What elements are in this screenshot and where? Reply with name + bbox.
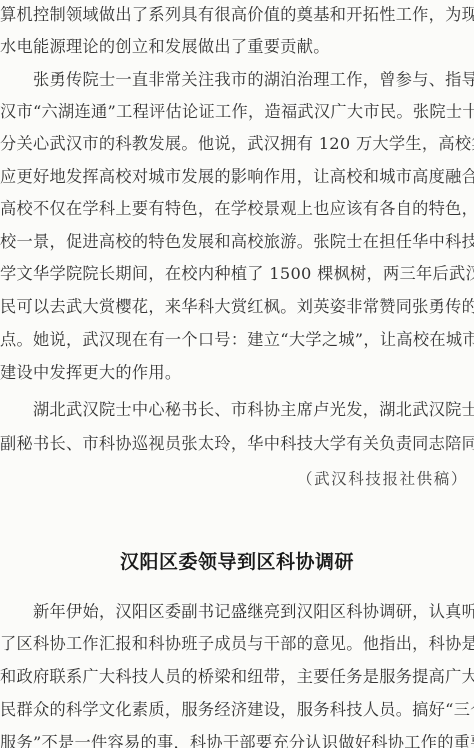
document-page: 算机控制领域做出了系列具有很高价值的奠基和开拓性工作，为现代 水电能源理论的创立… bbox=[0, 0, 474, 748]
article2-paragraph-1-start: 新年伊始，汉阳区委副书记盛继亮到汉阳区科协调研，认真听取 bbox=[0, 600, 474, 624]
article1-line-14: 副秘书长、市科协巡视员张太玲，华中科技大学有关负责同志陪同慰问。 bbox=[0, 432, 474, 456]
article2-line-2: 了区科协工作汇报和科协班子成员与干部的意见。他指出，科协是党 bbox=[0, 632, 474, 656]
article1-line-11: 点。她说，武汉现在有一个口号：建立“大学之城”，让高校在城市 bbox=[0, 328, 474, 352]
article2-line-5: 服务”不是一件容易的事，科协干部要充分认识做好科协工作的重要 bbox=[0, 731, 474, 748]
article2-line-3: 和政府联系广大科技人员的桥梁和纽带，主要任务是服务提高广大人 bbox=[0, 665, 474, 689]
article1-line-12: 建设中发挥更大的作用。 bbox=[0, 361, 474, 385]
article2-line-4: 民群众的科学文化素质，服务经济建设，服务科技人员。搞好“三个 bbox=[0, 698, 474, 722]
article1-line-8: 校一景，促进高校的特色发展和高校旅游。张院士在担任华中科技大 bbox=[0, 230, 474, 254]
article1-line-7: 高校不仅在学科上要有特色，在学校景观上也应该有各自的特色，一 bbox=[0, 197, 474, 221]
article1-line-10: 民可以去武大赏樱花，来华科大赏红枫。刘英姿非常赞同张勇传的观 bbox=[0, 295, 474, 319]
article1-line-5: 分关心武汉市的科教发展。他说，武汉拥有 120 万大学生，高校集中， bbox=[0, 132, 474, 156]
article1-paragraph-3-start: 湖北武汉院士中心秘书长、市科协主席卢光发，湖北武汉院士中心 bbox=[0, 398, 474, 422]
article1-source-credit: （武汉科技报社供稿） bbox=[297, 467, 468, 491]
article1-line-4: 汉市“六湖连通”工程评估论证工作，造福武汉广大市民。张院士十 bbox=[0, 100, 474, 124]
article1-line-1: 算机控制领域做出了系列具有很高价值的奠基和开拓性工作，为现代 bbox=[0, 3, 474, 27]
article2-title: 汉阳区委领导到区科协调研 bbox=[0, 548, 474, 576]
article1-line-9: 学文华学院院长期间，在校内种植了 1500 棵枫树，两三年后武汉市 bbox=[0, 262, 474, 286]
article1-paragraph-2-start: 张勇传院士一直非常关注我市的湖泊治理工作，曾参与、指导武 bbox=[0, 68, 474, 92]
article1-line-6: 应更好地发挥高校对城市发展的影响作用，让高校和城市高度融合。 bbox=[0, 165, 474, 189]
article1-line-2: 水电能源理论的创立和发展做出了重要贡献。 bbox=[0, 35, 474, 59]
